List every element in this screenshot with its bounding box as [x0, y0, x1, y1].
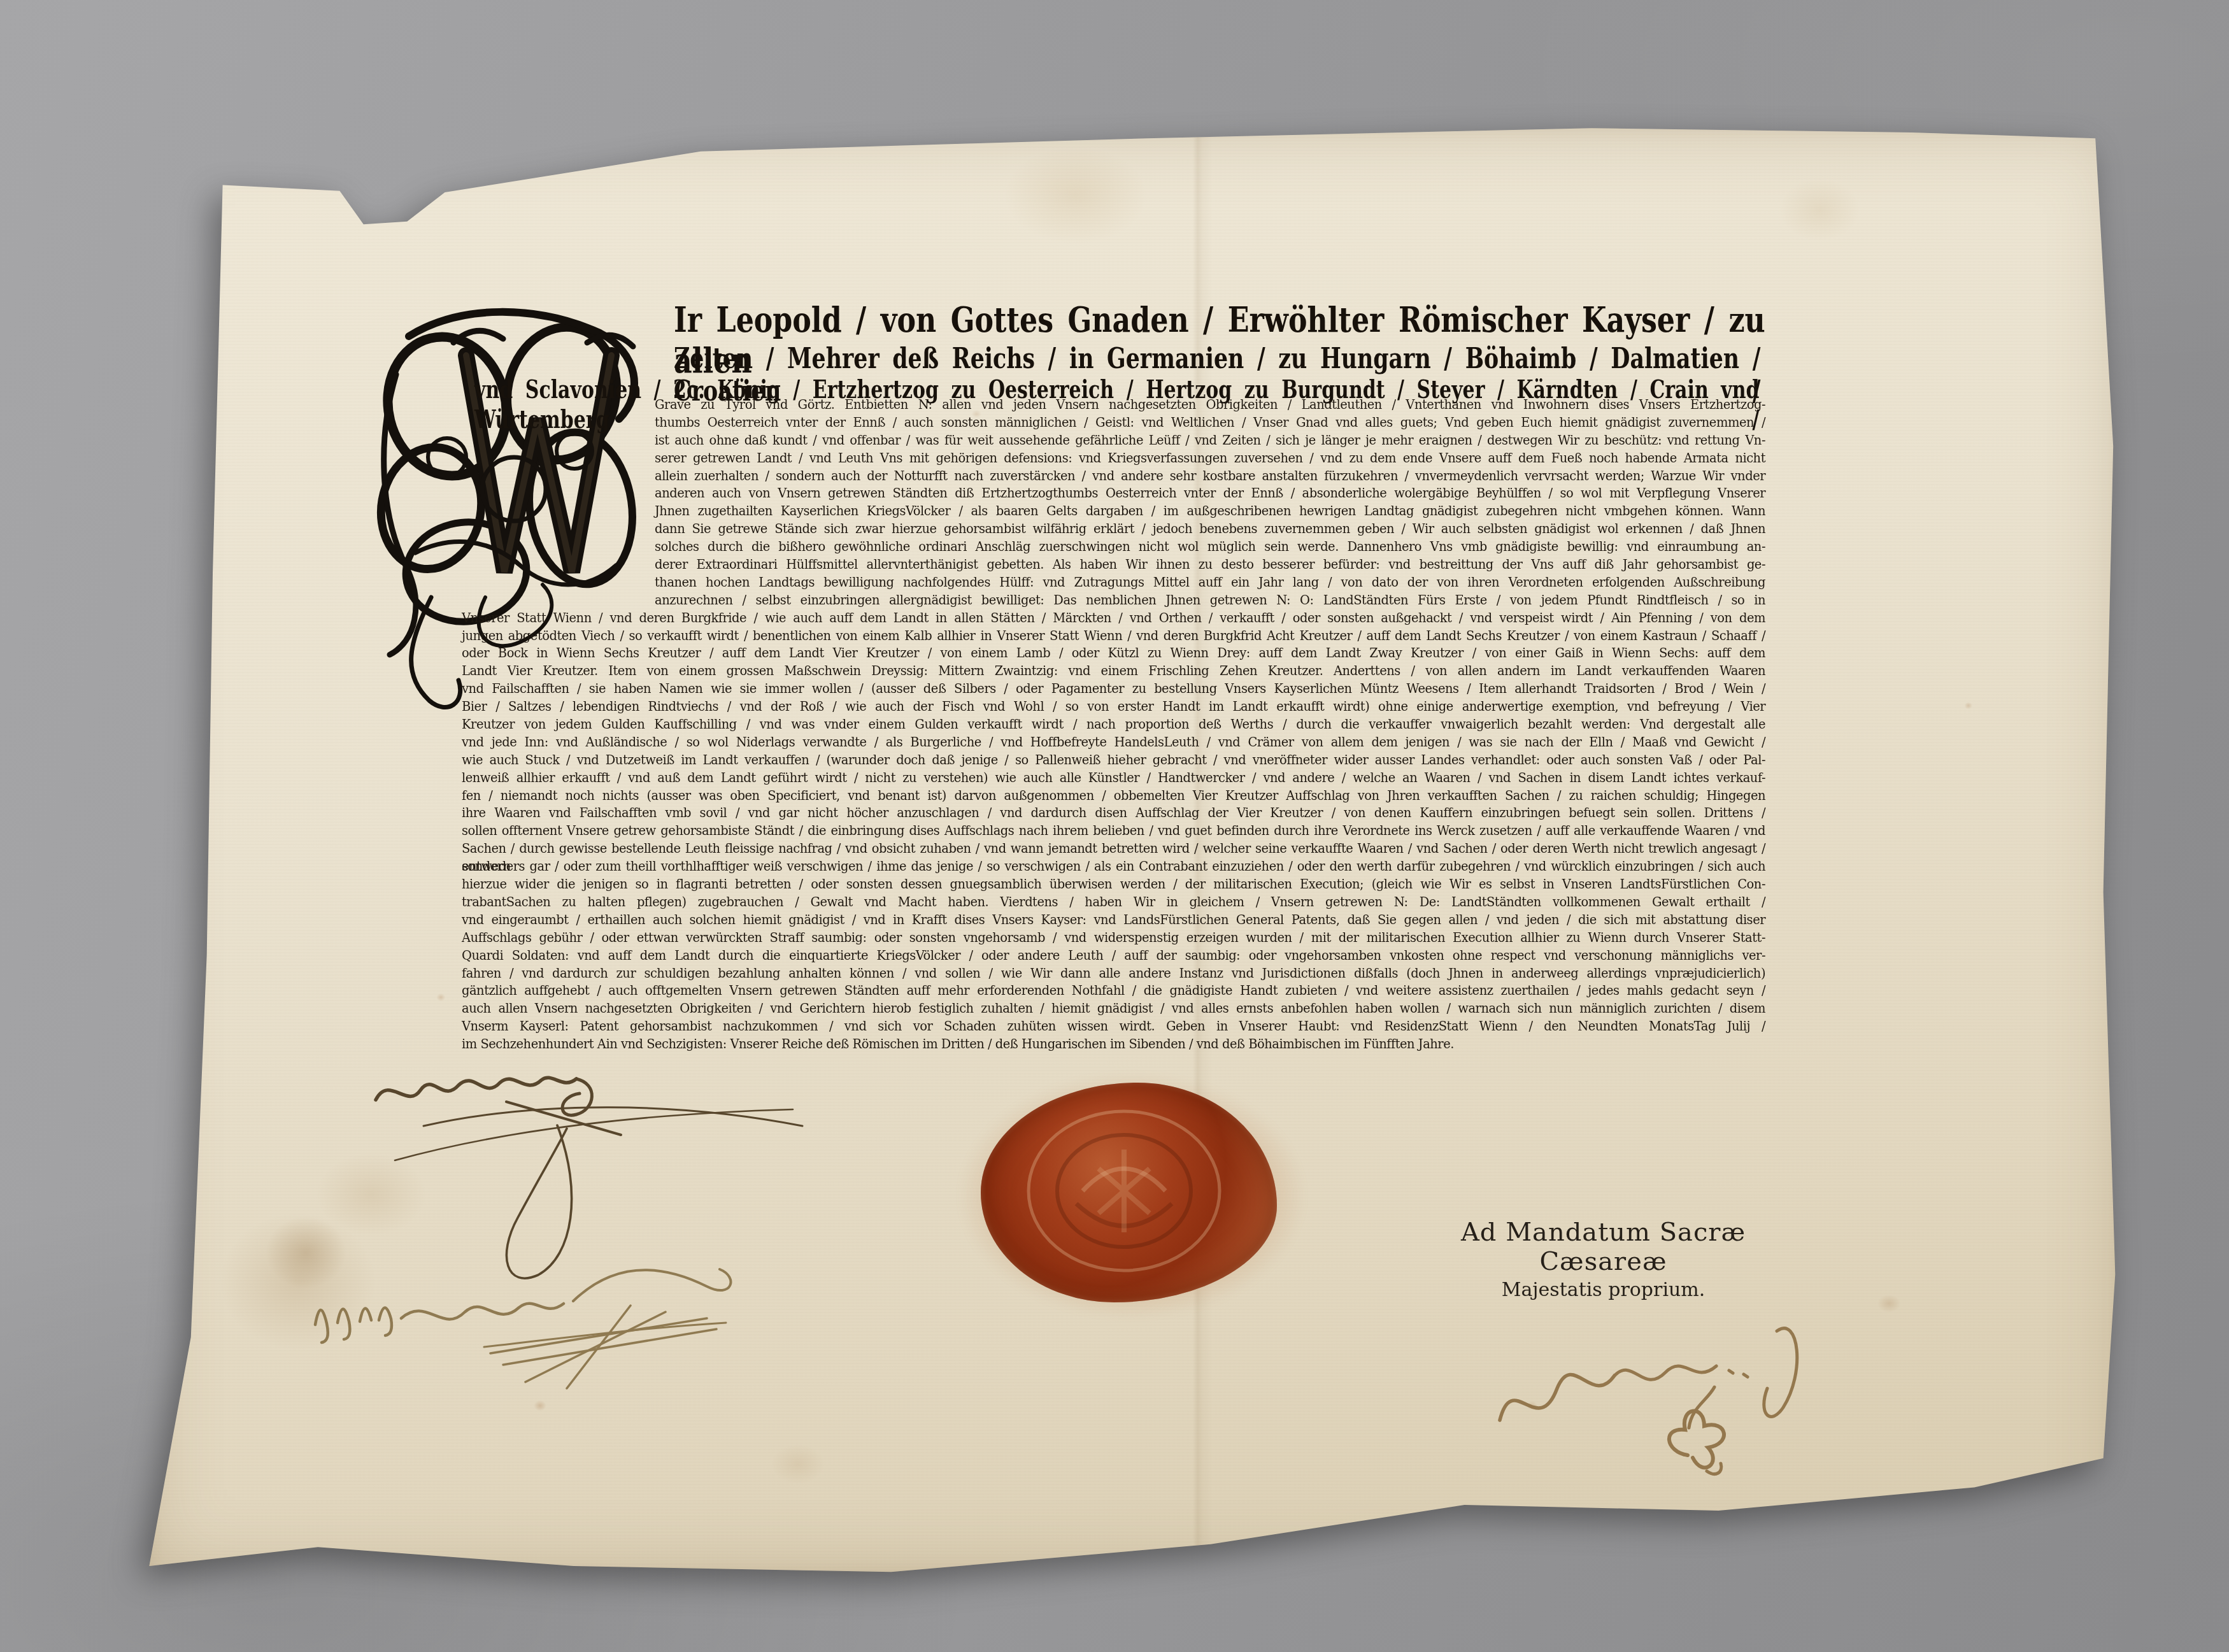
document-line: Quardi Soldaten: vnd auff dem Landt durc… [462, 947, 1765, 965]
document-line: anzurechnen / selbst einzubringen allerg… [655, 592, 1765, 609]
document-line: vnd eingeraumbt / erthaillen auch solche… [462, 911, 1765, 929]
document-line: ihre Waaren vnd Failschafften vmb sovil … [462, 804, 1765, 822]
document-line: jungen abgetödten Viech / so verkaufft w… [462, 627, 1765, 645]
document-line: allein zuerhalten / sondern auch der Not… [655, 467, 1765, 485]
document-line: Sachen / durch gewisse bestellende Leuth… [462, 840, 1765, 858]
subscription-line-1: Ad Mandatum Sacræ Cæsareæ [1417, 1218, 1790, 1276]
document-line: dann Sie getrewe Stände sich zwar hierzu… [655, 520, 1765, 538]
countersignature [299, 1251, 745, 1404]
document-line: gäntzlich auffgehebt / auch offtgemelten… [462, 982, 1765, 1000]
document-line: auch allen Vnsern nachgesetzten Obrigkei… [462, 1000, 1765, 1018]
document-line: Bier / Saltzes / lebendigen Rindtviechs … [462, 698, 1765, 716]
secretary-signature [1478, 1312, 1885, 1503]
document-line: Jhnen zugethailten Kayserlichen KriegsVö… [655, 502, 1765, 520]
document-line: vnd Failschafften / sie haben Namen wie … [462, 680, 1765, 698]
subscription-line-2: Majestatis proprium. [1417, 1279, 1790, 1301]
document-line: anderen auch von Vnsern getrewen Ständte… [655, 485, 1765, 502]
document-line: fahren / vnd dardurch zur schuldigen bez… [462, 965, 1765, 983]
body-text-block: Grave zu Tyrol vnd Görtz. Entbietten N: … [462, 396, 1765, 1053]
document-line: Vnserer Statt Wienn / vnd deren Burgkfri… [462, 609, 1765, 627]
document-line: fen / niemandt noch nichts (ausser was o… [462, 787, 1765, 805]
document-line: Kreutzer von jedem Gulden Kauffschilling… [462, 716, 1765, 734]
document-line: hierzue wider die jenigen so in flagrant… [462, 876, 1765, 894]
document-line: trabantSachen zu halten pflegen) zugebra… [462, 894, 1765, 911]
document-line: derer Extraordinari Hülffsmittel allervn… [655, 556, 1765, 574]
wax-seal-icon [981, 1083, 1277, 1302]
document-line: serer getrewen Landt / vnd Leuth Vns mit… [655, 450, 1765, 467]
subscription-block: Ad Mandatum Sacræ Cæsareæ Majestatis pro… [1417, 1218, 1790, 1301]
document-line: Vnserm Kayserl: Patent gehorsambist nach… [462, 1018, 1765, 1036]
document-line: lenweiß allhier erkaufft / vnd auß dem L… [462, 769, 1765, 787]
document-line: entweders gar / oder zum theill vorthlha… [462, 858, 1765, 876]
document-line: oder Bock in Wienn Sechs Kreutzer / auff… [462, 644, 1765, 662]
seal-impression [981, 1083, 1277, 1302]
document-line: vnd jede Inn: vnd Außländische / so wol … [462, 734, 1765, 751]
document-line: wie auch Stuck / vnd Dutzetweiß im Landt… [462, 751, 1765, 769]
document-line: im Sechzehenhundert Ain vnd Sechzigisten… [462, 1036, 1765, 1053]
document-line: solches durch die bißhero gewöhnliche or… [655, 538, 1765, 556]
document-line: sollen offternent Vnsere getrew gehorsam… [462, 822, 1765, 840]
photo-background: Ir Leopold / von Gottes Gnaden / Erwöhlt… [0, 0, 2229, 1652]
document-line: Landt Vier Kreutzer. Item von einem gros… [462, 662, 1765, 680]
document-line: Grave zu Tyrol vnd Görtz. Entbietten N: … [655, 396, 1765, 414]
document-line: thumbs Oesterreich vnter der Ennß / auch… [655, 414, 1765, 432]
document-line: ist auch ohne daß kundt / vnd offenbar /… [655, 432, 1765, 450]
document-line: thanen hochen Landtags bewilligung nachf… [655, 574, 1765, 592]
document-line: Auffschlags gebühr / oder ettwan verwürc… [462, 929, 1765, 947]
